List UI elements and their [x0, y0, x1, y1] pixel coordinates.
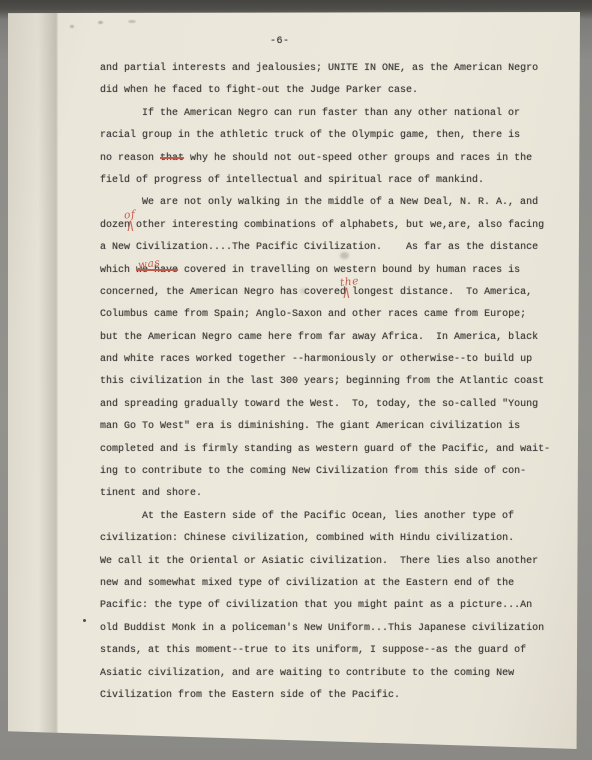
page-number: -6-	[270, 36, 290, 47]
text-line: Civilization from the Eastern side of th…	[100, 685, 572, 707]
text-line: this civilization in the last 300 years;…	[100, 371, 572, 393]
strikethrough-text: that	[160, 153, 184, 164]
text-line: We call it the Oriental or Asiatic civil…	[100, 551, 572, 573]
stain-mark	[128, 20, 136, 23]
text-line: old Buddist Monk in a policeman's New Un…	[100, 618, 572, 640]
text-line: tinent and shore.	[100, 483, 572, 505]
text-line: and spreading gradually toward the West.…	[100, 394, 572, 416]
text-line: and partial interests and jealousies; UN…	[100, 58, 572, 80]
text-line: Columbus came from Spain; Anglo-Saxon an…	[100, 304, 572, 326]
photo-background: -6- and partial interests and jealousies…	[0, 0, 592, 760]
text-line: stands, at this moment--true to its unif…	[100, 640, 572, 662]
text-line: man Go To West" era is diminishing. The …	[100, 416, 572, 438]
typed-text: and partial interests and jealousies; UN…	[100, 58, 572, 707]
paper-left-edge-crease	[8, 12, 58, 749]
handwritten-word: was	[137, 251, 162, 276]
text-line: concerned, the American Negro has covere…	[100, 282, 572, 304]
text-line: a New Civilization....The Pacific Civili…	[100, 237, 572, 259]
text-line: field of progress of intellectual and sp…	[100, 170, 572, 192]
text-line: dozenof∧other interesting combinations o…	[100, 215, 572, 237]
insertion-mark: the∧	[346, 284, 352, 294]
text-line: completed and is firmly standing as west…	[100, 439, 572, 461]
text-line: no reason that why he should not out-spe…	[100, 148, 572, 170]
stain-mark	[83, 619, 86, 622]
caret-icon: ∧	[126, 216, 135, 234]
text-line: and white races worked together --harmon…	[100, 349, 572, 371]
text-line: At the Eastern side of the Pacific Ocean…	[100, 506, 572, 528]
text-line: If the American Negro can run faster tha…	[100, 103, 572, 125]
text-line: did when he faced to fight-out the Judge…	[100, 80, 572, 102]
caret-icon: ∧	[342, 283, 351, 301]
insertion-mark: of∧	[130, 217, 136, 227]
paper-sheet: -6- and partial interests and jealousies…	[8, 12, 580, 749]
stain-mark	[98, 21, 103, 24]
text-line: We are not only walking in the middle of…	[100, 192, 572, 214]
text-line: Pacific: the type of civilization that y…	[100, 595, 572, 617]
text-line: new and somewhat mixed type of civilizat…	[100, 573, 572, 595]
text-line: which we havewas covered in travelling o…	[100, 260, 572, 282]
text-line: but the American Negro came here from fa…	[100, 327, 572, 349]
text-line: ing to contribute to the coming New Civi…	[100, 461, 572, 483]
stain-mark	[340, 252, 349, 259]
stain-mark	[300, 288, 307, 294]
stain-mark	[70, 25, 74, 28]
text-line: civilization: Chinese civilization, comb…	[100, 528, 572, 550]
text-line: Asiatic civilization, and are waiting to…	[100, 663, 572, 685]
text-line: racial group in the athletic truck of th…	[100, 125, 572, 147]
strikethrough-text: we havewas	[136, 265, 178, 276]
